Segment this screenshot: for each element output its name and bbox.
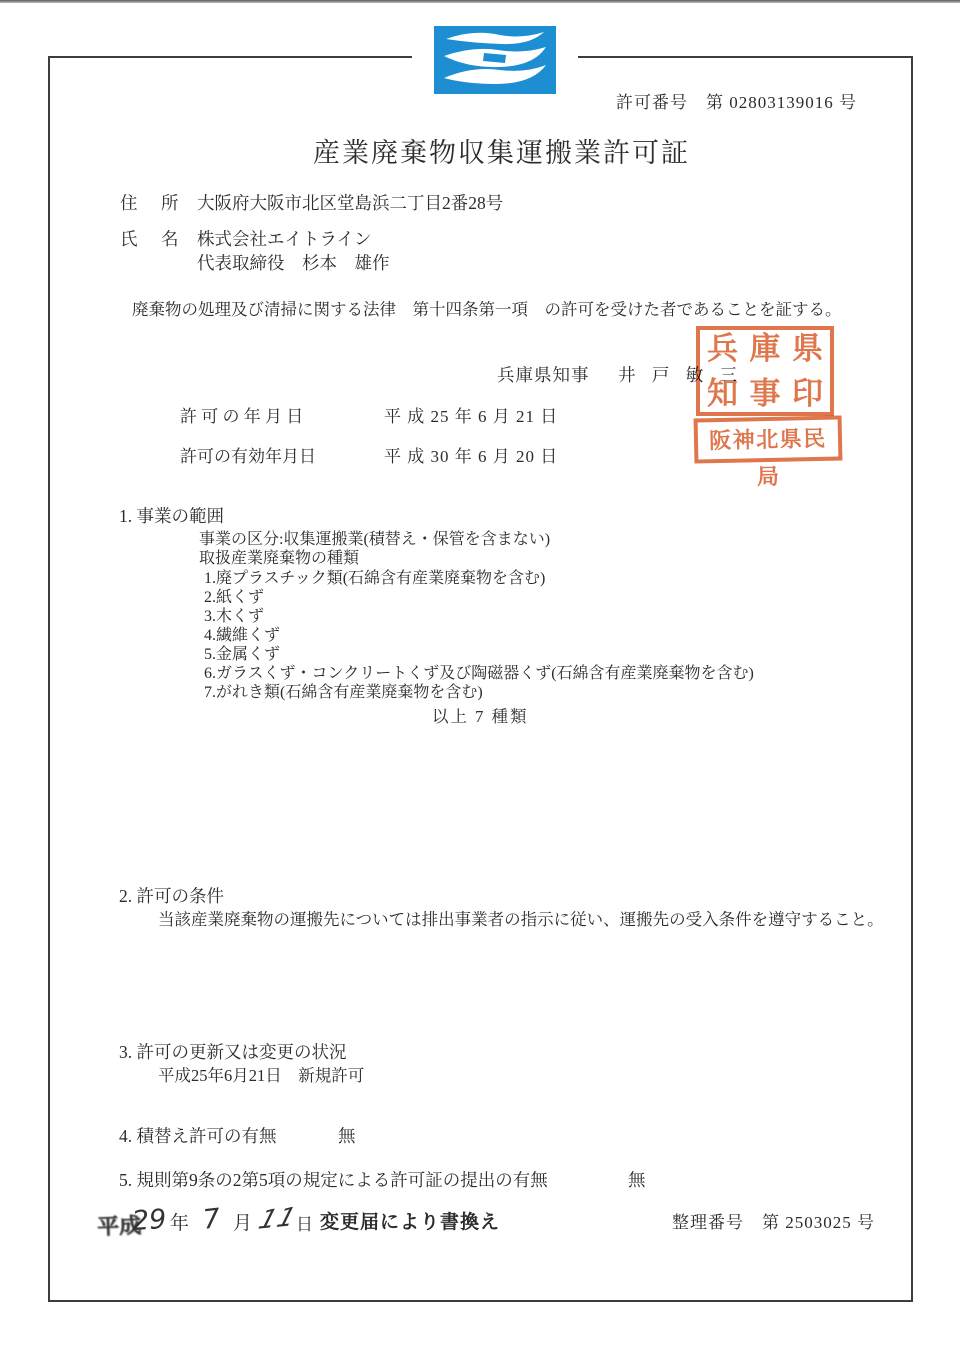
representative-name: 代表取締役 杉本 雄作: [197, 253, 390, 275]
scan-edge-artifact: [0, 0, 960, 3]
year-unit: 年: [170, 1212, 189, 1236]
business-category: 事業の区分:収集運搬業(積替え・保管を含まない): [199, 530, 550, 550]
address-value: 大阪府大阪市北区堂島浜二丁目2番28号: [197, 193, 503, 215]
expiry-date-label: 許可の有効年月日: [180, 446, 316, 467]
day-unit: 日: [296, 1214, 313, 1235]
permit-conditions: 当該産業廃棄物の運搬先については排出事業者の指示に従い、運搬先の受入条件を遵守す…: [158, 910, 884, 931]
waste-total: 以上 7 種類: [432, 707, 529, 728]
scanned-permit-document: 許可番号 第 02803139016 号 産業廃棄物収集運搬業許可証 住 所 大…: [0, 0, 960, 1358]
section4-value: 無: [338, 1126, 356, 1148]
name-label: 氏 名: [120, 229, 182, 251]
hyogo-wave-mark-icon: [434, 26, 556, 94]
section5-heading: 5. 規則第9条の2第5項の規定による許可証の提出の有無: [119, 1170, 548, 1192]
section3-heading: 3. 許可の更新又は変更の状況: [119, 1042, 347, 1064]
rewrite-note: 変更届により書換え: [320, 1211, 500, 1235]
waste-item: 4.繊維くず: [204, 626, 280, 646]
seal-column: 県 印: [792, 333, 823, 409]
seal-char: 事: [750, 378, 781, 409]
seal-char: 県: [792, 333, 823, 364]
bureau-seal: 阪神北県民局: [694, 415, 843, 463]
issue-date-label: 許 可 の 年 月 日: [180, 406, 303, 427]
seal-column: 兵 知: [707, 333, 738, 409]
expiry-date-value: 平 成 30 年 6 月 20 日: [384, 446, 558, 467]
renewal-history: 平成25年6月21日 新規許可: [158, 1066, 364, 1087]
section2-heading: 2. 許可の条件: [119, 886, 224, 908]
issue-date-value: 平 成 25 年 6 月 21 日: [384, 406, 558, 427]
waste-item: 1.廃プラスチック類(石綿含有産業廃棄物を含む): [204, 569, 545, 589]
hyogo-prefecture-logo: [412, 22, 578, 103]
section5-value: 無: [628, 1170, 646, 1192]
document-title: 産業廃棄物収集運搬業許可証: [70, 131, 933, 170]
section1-heading: 1. 事業の範囲: [119, 506, 224, 528]
waste-item: 7.がれき類(石綿含有産業廃棄物を含む): [204, 683, 483, 703]
waste-item: 5.金属くず: [204, 645, 280, 665]
governor-title: 兵庫県知事: [497, 365, 590, 387]
company-name: 株式会社エイトライン: [197, 229, 371, 251]
waste-item: 3.木くず: [204, 607, 264, 627]
reference-number: 整理番号 第 2503025 号: [672, 1212, 875, 1233]
waste-item: 2.紙くず: [204, 588, 264, 608]
waste-kinds-label: 取扱産業廃棄物の種類: [199, 549, 359, 569]
handwritten-month: 7: [201, 1202, 222, 1237]
address-label: 住 所: [120, 193, 182, 215]
seal-char: 兵: [707, 333, 738, 364]
waste-item: 6.ガラスくず・コンクリートくず及び陶磁器くず(石綿含有産業廃棄物を含む): [204, 664, 754, 684]
handwritten-year: 29: [131, 1203, 168, 1239]
seal-char: 庫: [750, 333, 781, 364]
section4-heading: 4. 積替え許可の有無: [119, 1126, 277, 1148]
month-unit: 月: [233, 1212, 252, 1236]
seal-char: 印: [792, 378, 823, 409]
governor-seal: 兵 知 庫 事 県 印: [696, 326, 834, 416]
seal-column: 庫 事: [750, 333, 781, 409]
certification-statement: 廃棄物の処理及び清掃に関する法律 第十四条第一項 の許可を受けた者であることを証…: [132, 300, 842, 321]
permit-number: 許可番号 第 02803139016 号: [616, 92, 857, 113]
seal-char: 知: [707, 378, 738, 409]
